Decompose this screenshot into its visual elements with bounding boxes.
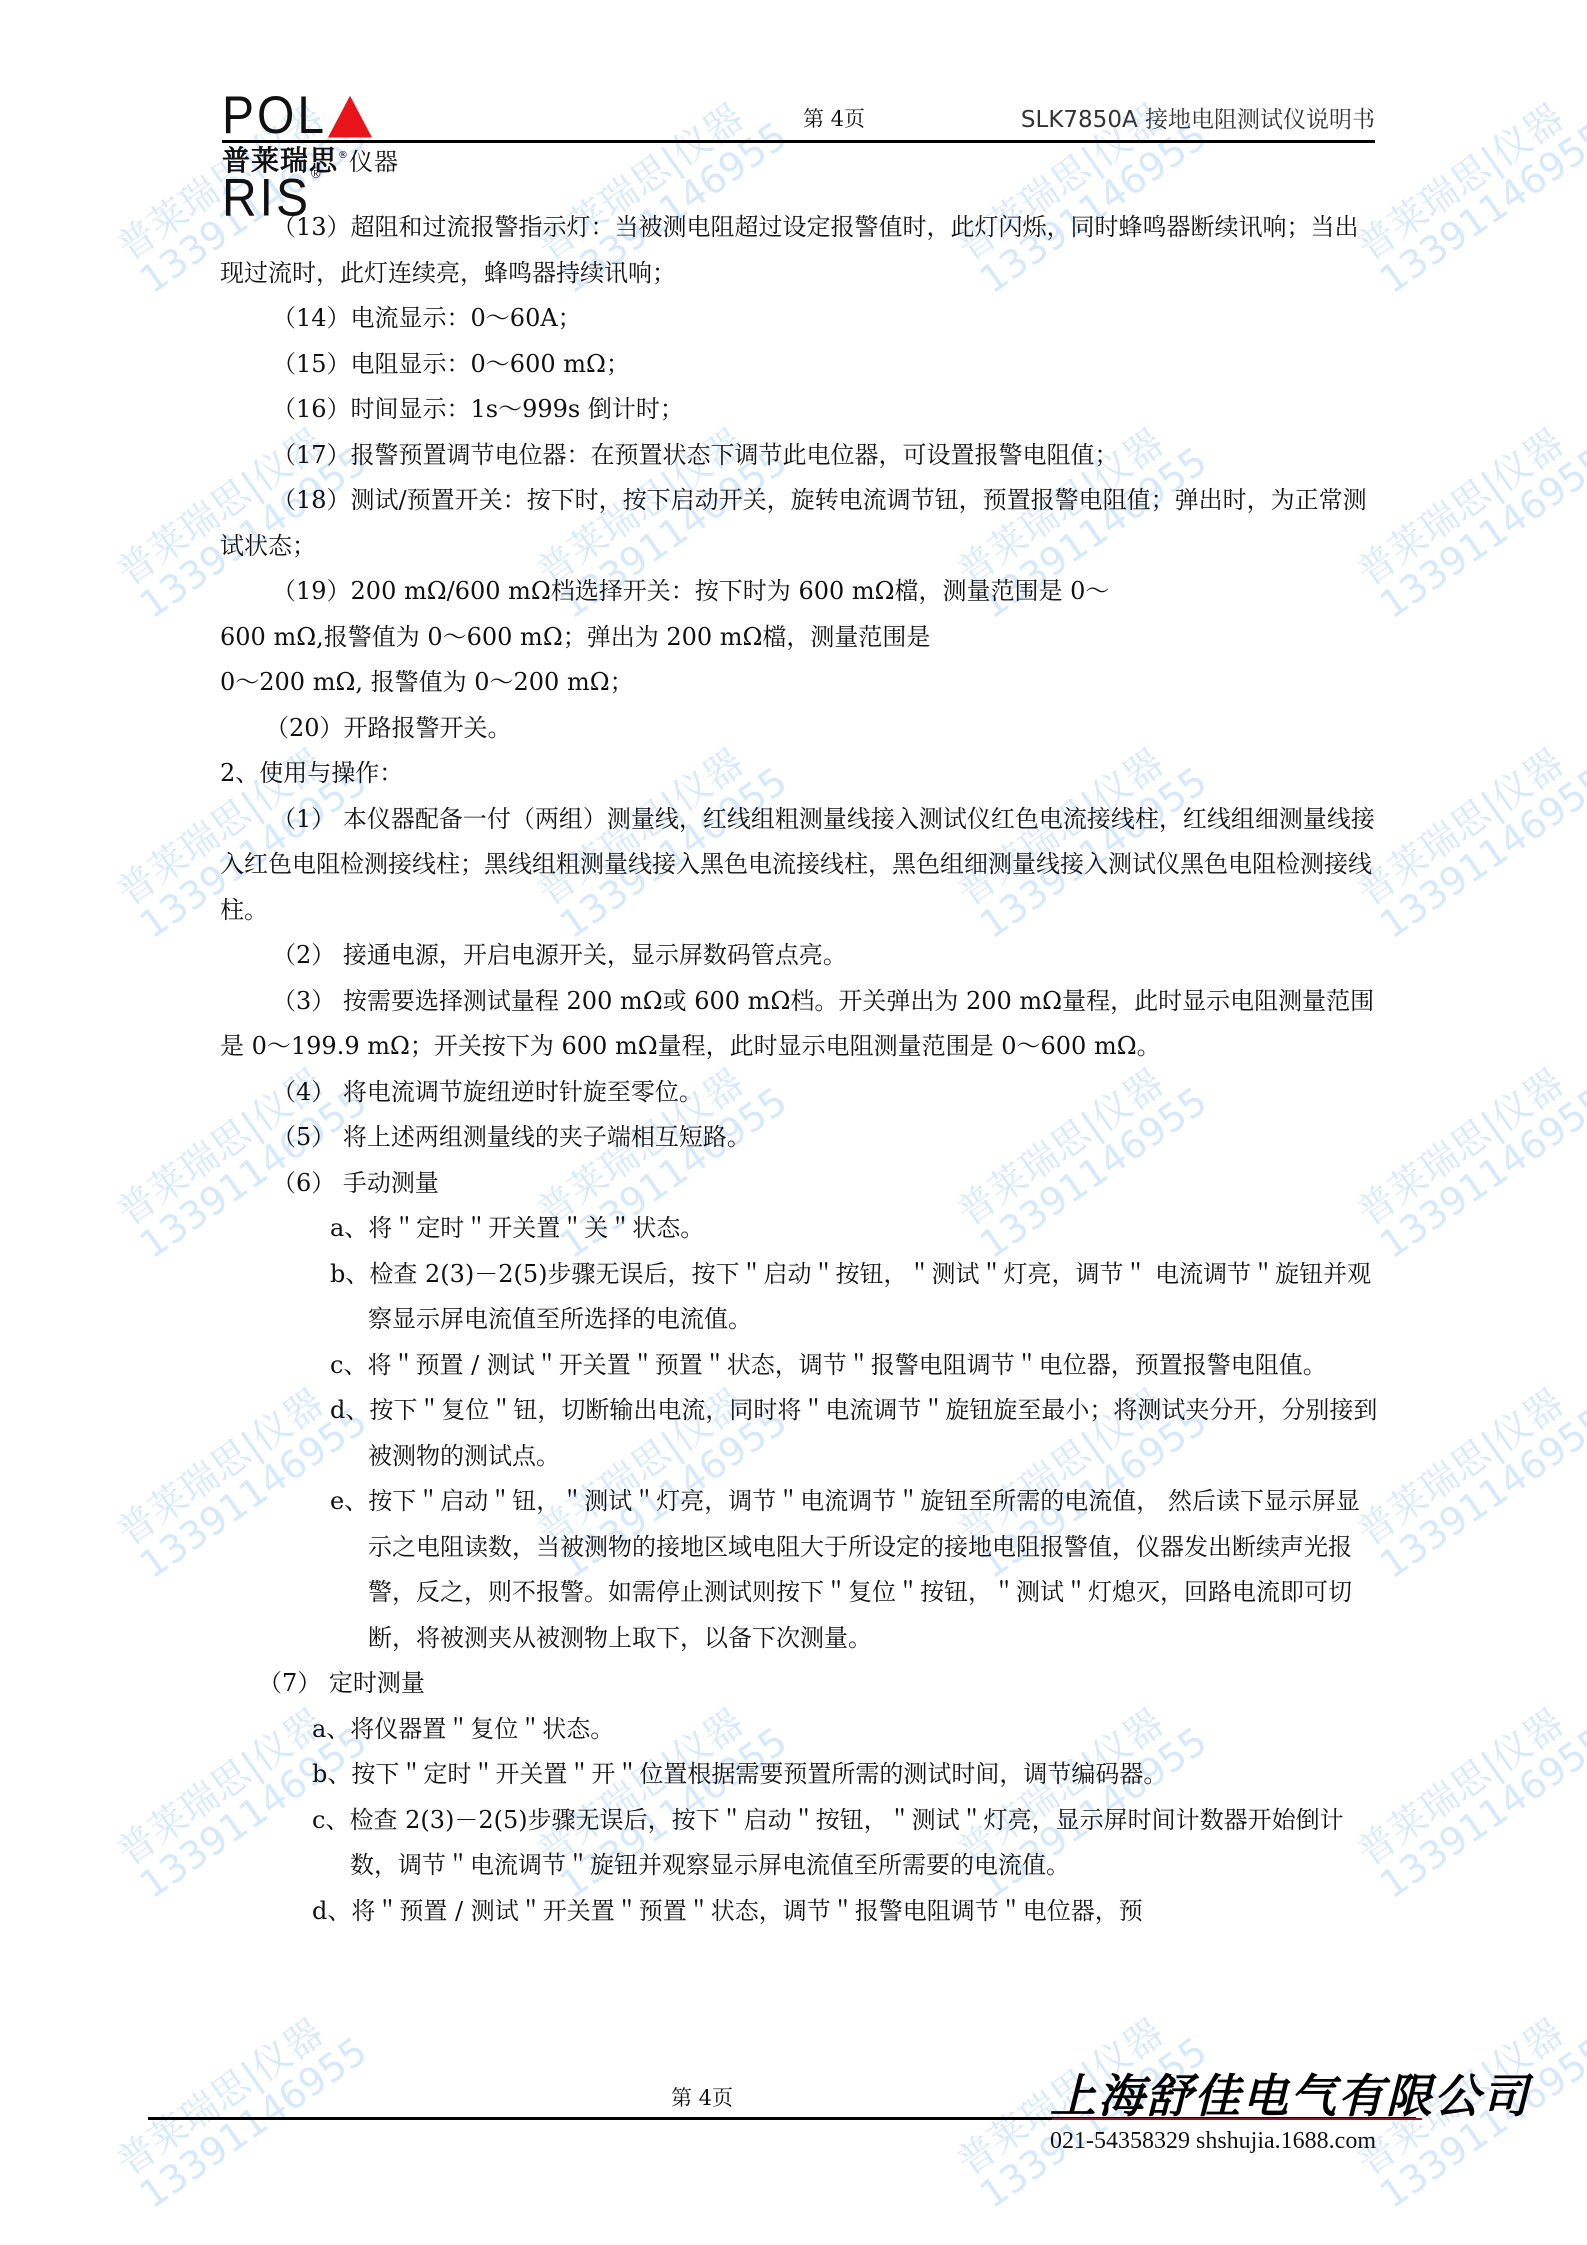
watermark-text: 普莱瑞思|仪器 [1350,407,1587,592]
paragraph: （1） 本仪器配备一付（两组）测量线，红线组粗测量线接入测试仪红色电流接线柱，红… [220,797,1380,934]
paragraph: （14）电流显示：0～60A； [220,296,1380,342]
logo-triangle-icon [328,96,372,138]
paragraph: （5） 将上述两组测量线的夹子端相互短路。 [220,1115,1380,1161]
paragraph: （2） 接通电源，开启电源开关，显示屏数码管点亮。 [220,933,1380,979]
document-page: 普莱瑞思|仪器13391146955 普莱瑞思|仪器13391146955 普莱… [0,0,1587,2245]
paragraph: （19）200 mΩ/600 mΩ档选择开关：按下时为 600 mΩ檔，测量范围… [220,569,1380,660]
list-item: d、将＂预置 / 测试＂开关置＂预置＂状态，调节＂报警电阻调节＂电位器，预 [258,1889,1380,1935]
footer-page-number: 第 4页 [671,2082,733,2112]
paragraph: （20）开路报警开关。 [220,706,1380,752]
paragraph: （7） 定时测量 [220,1661,1380,1707]
header-doc-title: SLK7850A 接地电阻测试仪说明书 [1021,101,1375,134]
paragraph: （6） 手动测量 [220,1161,1380,1207]
watermark-text: 普莱瑞思|仪器 [1350,1687,1587,1872]
logo-cn-name: 普莱瑞思 [222,144,338,177]
list-item: c、将＂预置 / 测试＂开关置＂预置＂状态，调节＂报警电阻调节＂电位器，预置报警… [258,1343,1380,1389]
logo-chinese: 普莱瑞思®仪器 [222,141,399,177]
paragraph: 0～200 mΩ, 报警值为 0～200 mΩ； [220,660,1380,706]
watermark-number: 13391146955 [133,2030,374,2215]
paragraph: （18）测试/预置开关：按下时，按下启动开关，旋转电流调节钮，预置报警电阻值；弹… [220,478,1380,569]
list-item: a、将仪器置＂复位＂状态。 [258,1707,1380,1753]
watermark-number: 13391146955 [1373,760,1587,945]
footer-contact: 021-54358329 shshujia.1688.com [1050,2128,1376,2155]
watermark-text: 普莱瑞思|仪器 [1350,1047,1587,1232]
watermark-number: 13391146955 [1373,1720,1587,1905]
list-item: e、按下＂启动＂钮，＂测试＂灯亮，调节＂电流调节＂旋钮至所需的电流值， 然后读下… [258,1479,1380,1661]
list-item: b、检查 2(3)－2(5)步骤无误后，按下＂启动＂按钮，＂测试＂灯亮，调节＂ … [258,1252,1380,1343]
list-item: b、按下＂定时＂开关置＂开＂位置根据需要预置所需的测试时间，调节编码器。 [258,1752,1380,1798]
list-item: c、检查 2(3)－2(5)步骤无误后，按下＂启动＂按钮，＂测试＂灯亮，显示屏时… [258,1798,1380,1889]
polaris-logo: POLRIS® 普莱瑞思®仪器 [222,88,462,168]
watermark-number: 13391146955 [1373,115,1587,300]
header-divider [222,140,1375,143]
paragraph: （4） 将电流调节旋纽逆时针旋至零位。 [220,1070,1380,1116]
document-body: （13）超阻和过流报警指示灯：当被测电阻超过设定报警值时，此灯闪烁，同时蜂鸣器断… [220,205,1380,1934]
header-page-number: 第 4页 [803,103,865,133]
watermark-text: 普莱瑞思|仪器 [1350,1367,1587,1552]
watermark-text: 普莱瑞思|仪器 [1350,82,1587,267]
watermark-number: 13391146955 [1373,1400,1587,1585]
watermark-number: 13391146955 [1373,440,1587,625]
paragraph: （17）报警预置调节电位器：在预置状态下调节此电位器，可设置报警电阻值； [220,433,1380,479]
section-title: 2、使用与操作： [220,751,1380,797]
watermark-text: 普莱瑞思|仪器 [110,1997,351,2182]
list-item: a、将＂定时＂开关置＂关＂状态。 [258,1206,1380,1252]
logo-word-left: POL [222,87,327,145]
paragraph: （13）超阻和过流报警指示灯：当被测电阻超过设定报警值时，此灯闪烁，同时蜂鸣器断… [220,205,1380,296]
watermark-number: 13391146955 [1373,1080,1587,1265]
list-item: d、按下＂复位＂钮，切断输出电流，同时将＂电流调节＂旋钮旋至最小；将测试夹分开，… [258,1388,1380,1479]
registered-mark: ® [338,150,349,161]
watermark-text: 普莱瑞思|仪器 [1350,727,1587,912]
footer-accent-line [1052,2118,1422,2120]
paragraph: （3） 按需要选择测试量程 200 mΩ或 600 mΩ档。开关弹出为 200 … [220,979,1380,1070]
logo-cn-suffix: 仪器 [349,148,399,176]
paragraph: （16）时间显示：1s～999s 倒计时； [220,387,1380,433]
paragraph: （15）电阻显示：0～600 mΩ； [220,342,1380,388]
